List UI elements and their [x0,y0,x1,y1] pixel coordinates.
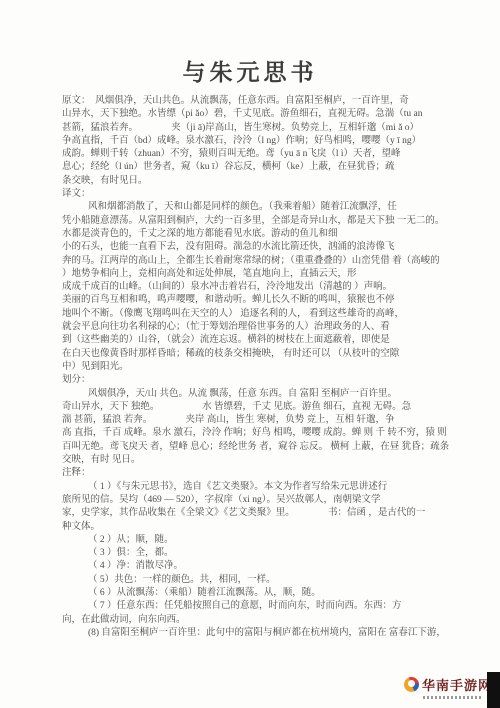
text-line: 在白天也像黄昏时那样昏暗；稀疏的枝条交相掩映， 有时还可以 （从枝叶的空隙 [62,348,492,361]
text-line: 争高直指，千百（bd）成峰。泉水激石，泠泠（l ng）作响；好鸟相鸣，嘤嘤（y … [62,135,492,148]
text-line: 奇山异水，天下 独绝。 水 皆缥碧，千丈 见底。游鱼 细石，直视 无碍。急 [62,401,492,414]
text-line: （ 4 ）净：消散尽净。 [62,560,492,573]
text-line: 成韵。蝉则千转（zhuan）不穷，猿则百叫无绝。鸢（yu ā n飞戾（l ì）天… [62,148,492,161]
watermark: 华南手游网 [404,675,492,699]
text-line: 息心；经纶（l ún）世务者，窥（ku ī）谷忘反，横柯（ke）上蔽，在昼犹昏；… [62,161,492,174]
text-line: ）地势争相向上，竞相向高处和远处伸展，笔直地向上，直插云天，形 [62,268,492,281]
text-line: 高 直指，千百 成峰。泉水 激石，泠泠 作响；好鸟 相鸣，嘤嘤 成韵。蝉 则 千… [62,427,492,440]
text-line: 注释： [62,467,492,480]
text-line: 家，史学家，其作品收集在《全梁文》《艺文类聚》里。 书：信函 ，是古代的一 [62,507,492,520]
text-line: （ 6 ）从流飘荡：（乘船）随着江流飘荡。从，顺，随。 [62,587,492,600]
text-line: 成成千成百的山峰。（山间的）泉水冲击着岩石，泠泠地发出（清越的 ）声响。 [62,281,492,294]
site-logo-icon [404,677,419,692]
text-line: 向，在此做动词，向东向西。 [62,614,492,627]
text-line: 交映，有时 见日。 [62,454,492,467]
text-line: 山异水，天下独绝。水皆缥（pi ǎo）碧，千丈见底。游鱼细石，直视无碍。急湍（t… [62,108,492,121]
text-line: 译文： [62,188,492,201]
site-name: 华南手游网 [422,675,492,694]
watermark-row: 华南手游网 [404,675,492,694]
text-line: 地叫个不断。（像鹰飞翔鸣叫在天空的人） 追逐名利的人， 看到这些雄奇的高峰， [62,308,492,321]
text-line: (8) 自富阳至桐庐一百许里：此句中的富阳与桐庐都在杭州境内，富阳在 富春江下游… [62,627,492,640]
text-line: （ 5）共色：一样的颜色。共，相同，一样。 [62,574,492,587]
text-line: 就会平息向往功名利禄的心；（忙于筹划治理俗世事务的人）治理政务的人、看 [62,321,492,334]
text-line: 到（这些幽美的）山谷，（就会）流连忘返。横斜的树枝在上面遮蔽着，即使是 [62,334,492,347]
page-title: 与朱元思书 [0,54,500,87]
text-line: 原文： 风烟俱净，天山共色。从流飘荡，任意东西。自富阳至桐庐，一百许里，奇 [62,95,492,108]
text-line: （ 2 ）从；顺，随。 [62,534,492,547]
text-line: 风烟俱净，天/山 共色。从流 飘荡，任意 东西。自 富阳 至桐庐一百许里。 [62,388,492,401]
text-line: （ 3 ）俱：全，都。 [62,547,492,560]
text-line: 旅所见的信。吴均（469 — 520），字叔庠（xi ng）。吴兴故鄣人，南朝梁… [62,494,492,507]
document-body: 原文： 风烟俱净，天山共色。从流飘荡，任意东西。自富阳至桐庐，一百许里，奇山异水… [62,95,492,640]
text-line: 百叫无绝。鸢飞戾天 者，望峰 息心；经纶世务 者，窥谷 忘反。 横柯 上蔽，在昼… [62,441,492,454]
text-line: 种文体。 [62,521,492,534]
text-line: （ 1 ）《与朱元思书》，选自《艺文类聚》。本文为作者写给朱元思讲述行 [62,481,492,494]
text-line: 美丽的百鸟互相和鸣，鸣声嘤嘤，和谐动听。蝉儿长久不断的鸣叫，猿猴也不停 [62,294,492,307]
text-line: 中）见到阳光。 [62,361,492,374]
text-line: 甚箭，猛浪若奔。 夹（ji ā)岸高山，皆生寒树。负势竞上，互相轩邈（mi ǎ … [62,122,492,135]
document-page: 与朱元思书 原文： 风烟俱净，天山共色。从流飘荡，任意东西。自富阳至桐庐，一百许… [0,0,500,708]
text-line: 奔的马。江两岸的高山上，全都生长着耐寒常绿的树；（重重叠叠的）山峦凭借 着（高峻… [62,255,492,268]
text-line: 小的石头，也能一直看下去，没有阻碍。湍急的水流比箭还快，汹涌的浪涛像飞 [62,241,492,254]
text-line: 湍 甚箭，猛浪 若奔。 夹岸 高山，皆生 寒树，负势 竞上，互相 轩邈，争 [62,414,492,427]
text-line: 水都是淡青色的，千丈之深的地方都能看见水底。游动的鱼儿和细 [62,228,492,241]
corner-black-bar [487,672,500,708]
text-line: （ 7 ）任意东西：任凭船按照自己的意愿，时而向东，时而向西。东西：方 [62,600,492,613]
logo-tagline-strip [423,696,483,699]
text-line: 划分： [62,374,492,387]
text-line: 凭小船随意漂荡。从富阳到桐庐，大约一百多里，全部是奇异山水，都是天下独 一无二的… [62,215,492,228]
text-line: 风和烟都消散了，天和山都是同样的颜色。（我乘着船）随着江流飘浮，任 [62,201,492,214]
text-line: 条交映，有时见日。 [62,175,492,188]
